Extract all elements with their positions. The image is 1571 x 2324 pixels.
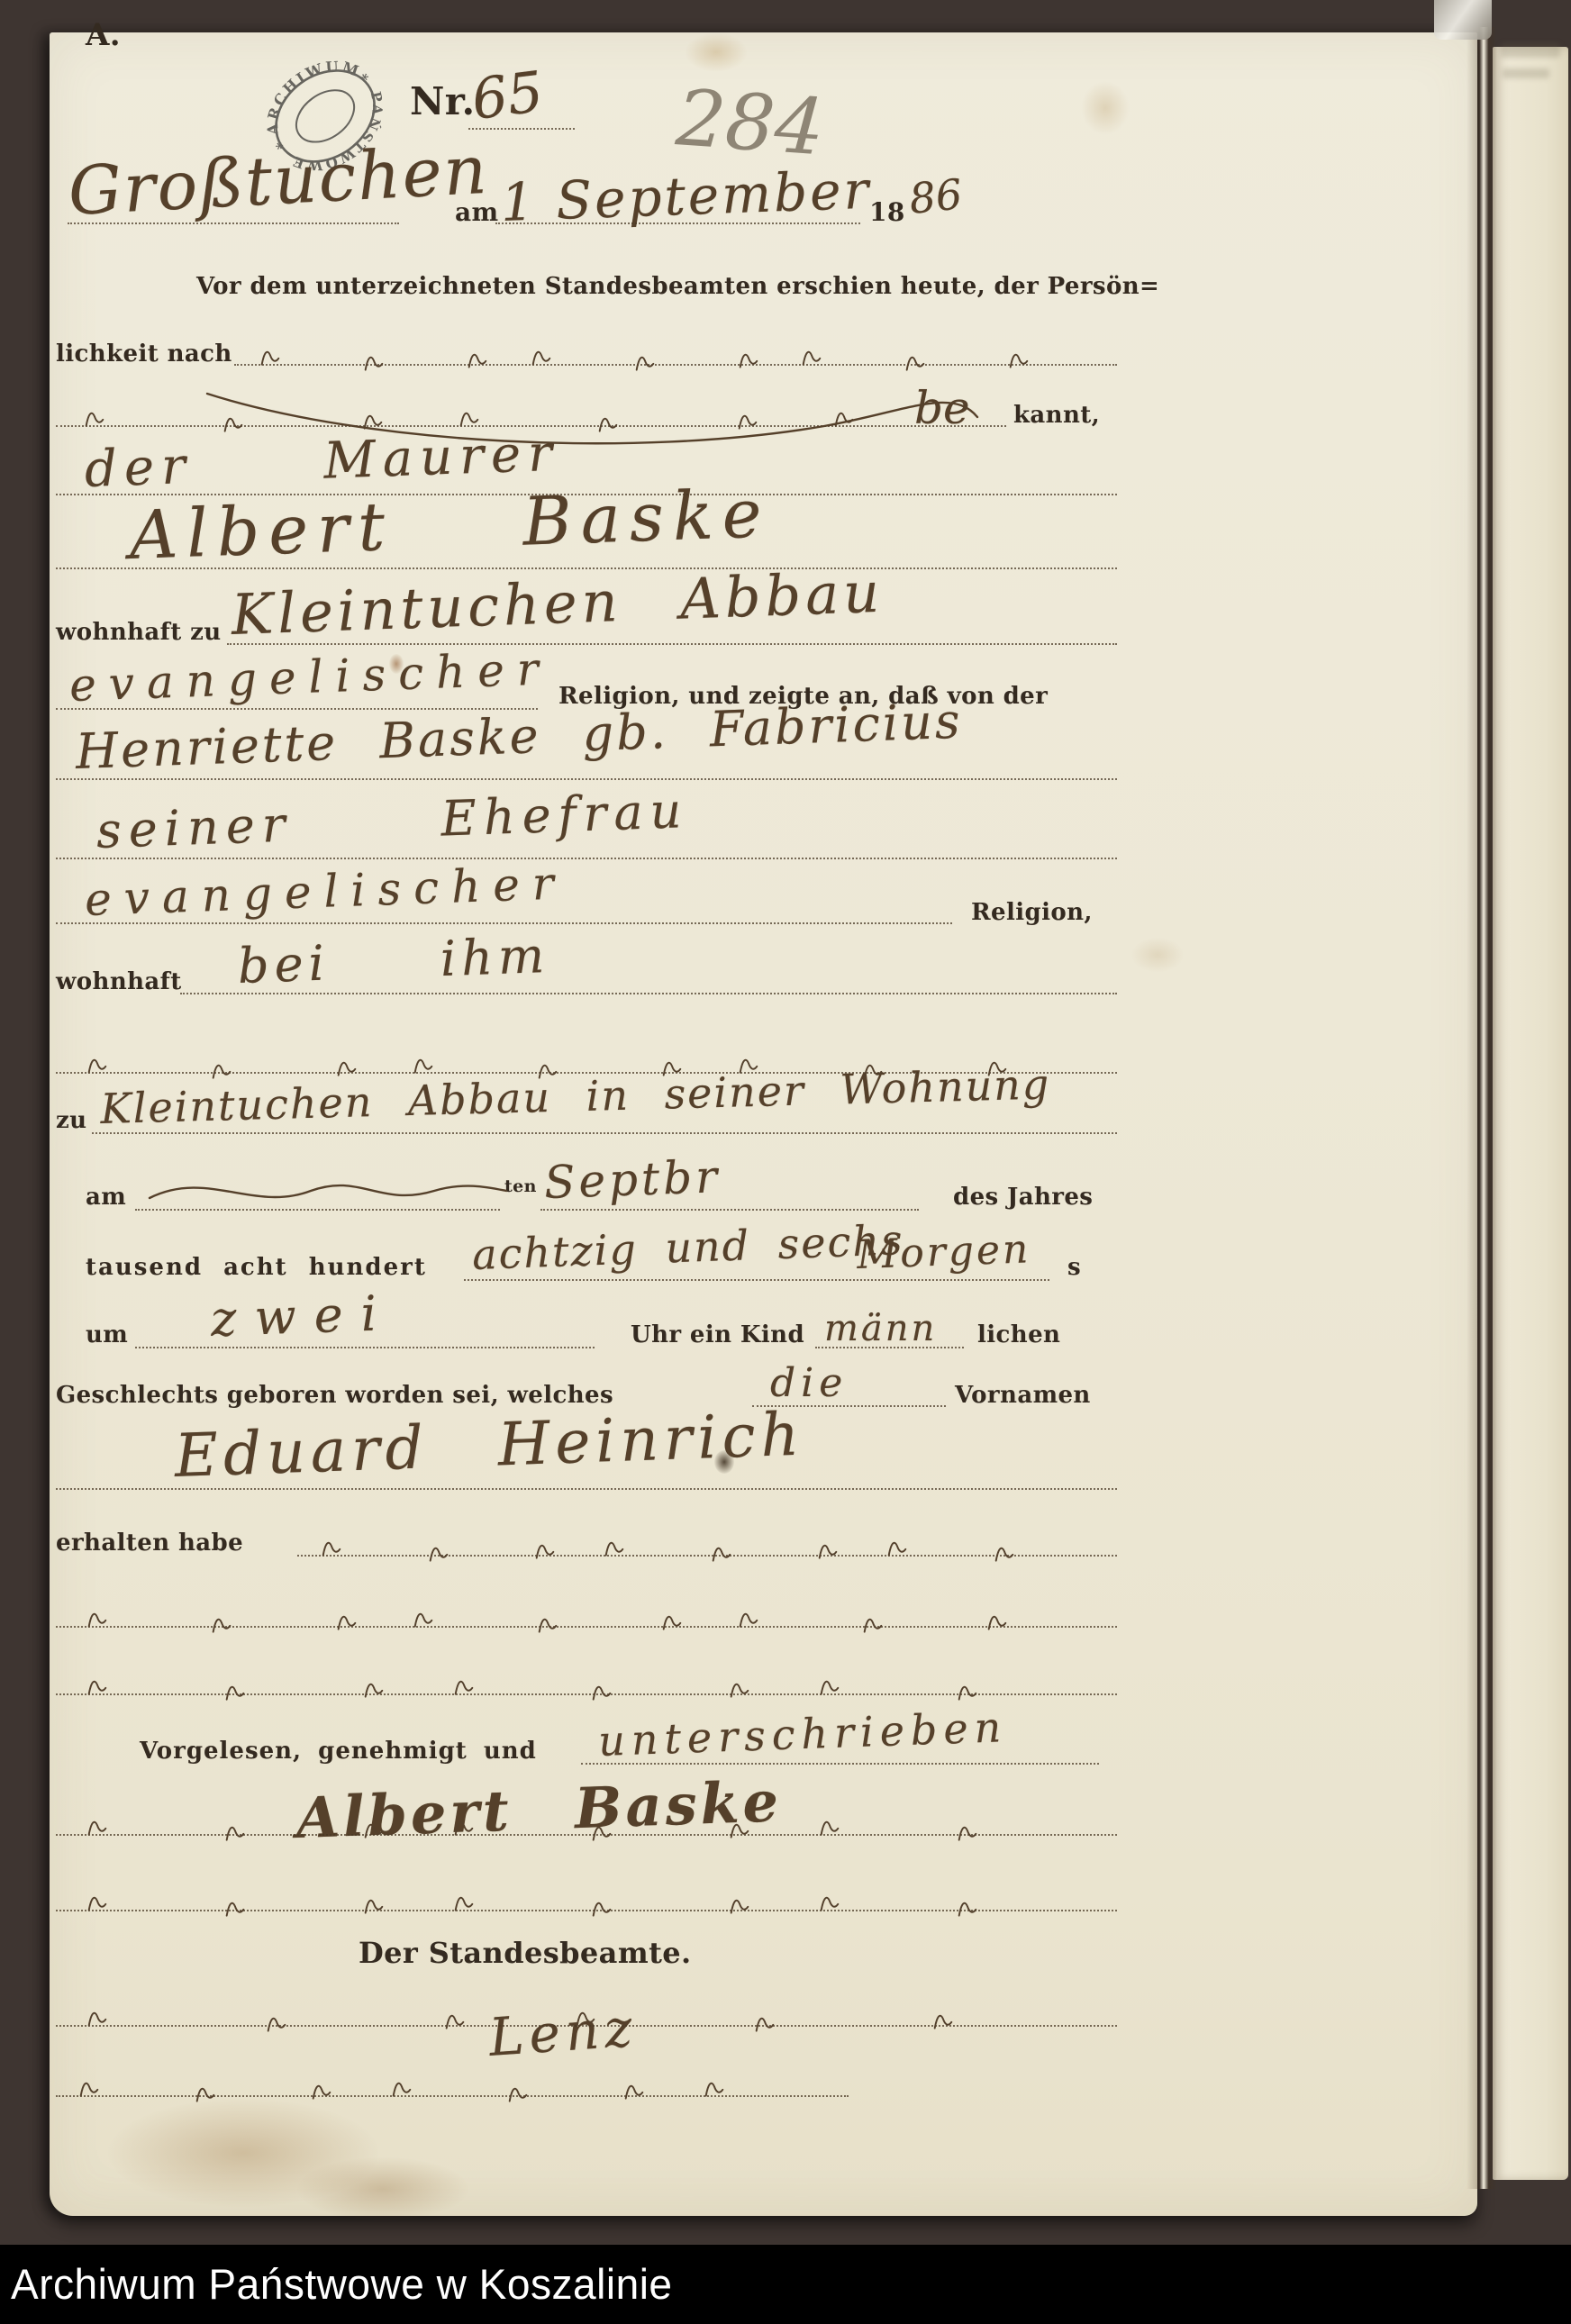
- nr-value-handwritten: 65: [468, 64, 546, 128]
- daytime-printed-suffix: s: [1067, 1256, 1081, 1279]
- form-letter-a: A.: [86, 20, 121, 50]
- birth-month-handwritten: Septbr: [543, 1154, 721, 1205]
- dotted-rule: [56, 1834, 1117, 1836]
- pen-tick-mark: [818, 1539, 838, 1563]
- religion2-printed: Religion,: [971, 901, 1093, 924]
- dotted-rule: [752, 1405, 946, 1407]
- intro-line-1: Vor dem unterzeichneten Standesbeamten e…: [196, 275, 1159, 298]
- pen-tick-mark: [1009, 349, 1029, 372]
- pen-tick-mark: [364, 1894, 384, 1918]
- dotted-rule: [56, 858, 1117, 859]
- residence2-label: wohnhaft: [56, 970, 182, 994]
- residence-label: wohnhaft zu: [56, 621, 222, 644]
- dotted-rule: [815, 1347, 964, 1348]
- pen-tick-mark: [576, 2007, 595, 2030]
- read-approved-label: Vorgelesen, genehmigt und: [140, 1739, 537, 1763]
- pen-tick-mark: [635, 351, 655, 375]
- pen-tick-mark: [364, 351, 384, 375]
- pen-tick-mark: [887, 1537, 907, 1560]
- dotted-rule: [468, 128, 575, 130]
- pen-tick-mark: [260, 346, 280, 369]
- pen-tick-mark: [987, 1057, 1007, 1080]
- pen-tick-mark: [87, 1892, 107, 1915]
- pen-tick-mark: [225, 1897, 245, 1920]
- pen-tick-mark: [863, 1059, 883, 1083]
- page-clamp-highlight: [1434, 0, 1492, 40]
- pen-tick-mark: [337, 1611, 357, 1634]
- pen-tick-mark: [863, 1613, 883, 1637]
- intro-line-2: lichkeit nach: [56, 342, 232, 366]
- pen-tick-mark: [958, 1821, 977, 1845]
- dotted-rule: [227, 643, 1117, 645]
- pen-tick-mark: [468, 349, 487, 372]
- dotted-rule: [540, 1209, 919, 1211]
- pen-tick-mark: [538, 1613, 558, 1637]
- pen-tick-mark: [85, 407, 104, 431]
- am2-label: am: [86, 1185, 126, 1209]
- pen-tick-mark: [739, 1608, 758, 1631]
- pen-tick-mark: [87, 1816, 107, 1839]
- dotted-rule: [56, 1910, 1117, 1911]
- dotted-rule: [56, 1072, 1117, 1074]
- pen-tick-mark: [392, 2077, 412, 2101]
- dotted-rule: [56, 922, 952, 924]
- stamp-star-icon: *: [358, 69, 374, 88]
- pen-tick-mark: [413, 1608, 433, 1631]
- pen-tick-mark: [592, 1821, 612, 1845]
- registrar-title: Der Standesbeamte.: [359, 1938, 692, 1967]
- dotted-rule: [56, 567, 1117, 569]
- pen-tick-mark: [592, 1681, 612, 1704]
- pen-tick-mark: [755, 2012, 775, 2036]
- pen-tick-mark: [739, 1054, 758, 1077]
- pen-tick-mark: [364, 1678, 384, 1702]
- bleedthrough-ghost: [1503, 68, 1549, 78]
- birth-hour-handwritten: zwei: [210, 1289, 395, 1344]
- pen-tick-mark: [445, 2010, 465, 2033]
- gender-printed-suffix: lichen: [977, 1323, 1060, 1347]
- pen-tick-mark: [212, 1059, 232, 1083]
- dotted-rule: [92, 1132, 1117, 1134]
- pen-tick-mark: [624, 2080, 644, 2103]
- pen-tick-mark: [212, 1613, 232, 1637]
- sex-sentence: Geschlechts geboren worden sei, welches: [56, 1384, 613, 1407]
- received-label: erhalten habe: [56, 1531, 243, 1555]
- pen-tick-mark: [662, 1057, 682, 1080]
- dotted-rule: [464, 1279, 1049, 1281]
- zu-label: zu: [56, 1109, 86, 1132]
- pen-tick-mark: [535, 1539, 555, 1563]
- uhr-label: Uhr ein Kind: [631, 1323, 804, 1347]
- pen-tick-mark: [820, 1675, 840, 1699]
- dotted-rule: [495, 222, 860, 224]
- dotted-rule: [56, 2095, 849, 2097]
- dotted-rule: [234, 364, 1117, 366]
- dotted-rule: [581, 1763, 1099, 1765]
- dotted-rule: [135, 1347, 595, 1348]
- dotted-rule: [56, 1488, 1117, 1490]
- pen-tick-mark: [322, 1537, 341, 1560]
- archive-name: Archiwum Państwowe w Koszalinie: [11, 2259, 673, 2309]
- dotted-rule: [56, 1626, 1117, 1628]
- pen-tick-mark: [730, 1819, 749, 1842]
- nr-label: Nr.: [410, 83, 476, 121]
- pen-tick-mark: [225, 1681, 245, 1704]
- pen-tick-mark: [538, 1059, 558, 1083]
- dotted-rule: [56, 1693, 1117, 1695]
- dotted-rule: [297, 1555, 1117, 1557]
- date-handwritten: 1 September: [500, 164, 872, 229]
- pen-tick-mark: [905, 351, 925, 375]
- gender-handwritten: männ: [824, 1311, 937, 1347]
- known-printed-suffix: kannt,: [1013, 404, 1100, 427]
- archive-footer-bar: Archiwum Państwowe w Koszalinie: [0, 2245, 1571, 2324]
- day-flourish: [144, 1164, 513, 1218]
- book-gutter: [1467, 27, 1497, 2189]
- year-handwritten: 86: [907, 173, 964, 220]
- pen-tick-mark: [454, 1675, 474, 1699]
- dotted-rule: [56, 494, 1117, 495]
- pen-tick-mark: [225, 1821, 245, 1845]
- pen-tick-mark: [364, 1819, 384, 1842]
- pen-tick-mark: [987, 1611, 1007, 1634]
- pen-tick-mark: [704, 2077, 724, 2101]
- pen-tick-mark: [87, 1054, 107, 1077]
- daytime-handwritten: Morgen: [856, 1230, 1031, 1275]
- svg-text:ARCHIWUM: ARCHIWUM: [255, 47, 368, 144]
- stamp-text-top: ARCHIWUM: [255, 47, 368, 144]
- pen-tick-mark: [454, 1892, 474, 1915]
- pen-tick-mark: [413, 1054, 433, 1077]
- pen-tick-mark: [730, 1678, 749, 1702]
- pen-tick-mark: [712, 1542, 731, 1566]
- firstname-label: Vornamen: [955, 1384, 1091, 1407]
- year-printed-prefix: 18: [869, 200, 905, 225]
- pen-tick-mark: [312, 2080, 331, 2103]
- pen-tick-mark: [531, 346, 551, 369]
- pen-tick-mark: [958, 1681, 977, 1704]
- residence2-handwritten: bei ihm: [237, 931, 550, 991]
- pen-tick-mark: [454, 1816, 474, 1839]
- pen-tick-mark: [592, 1897, 612, 1920]
- next-page-edge: [1493, 47, 1568, 2180]
- pen-tick-mark: [820, 1816, 840, 1839]
- article-handwritten: die: [770, 1364, 848, 1403]
- dotted-rule: [180, 993, 1117, 994]
- pen-tick-mark: [337, 1057, 357, 1080]
- bleedthrough-ghost: [1501, 43, 1560, 58]
- dotted-rule: [56, 2025, 1117, 2027]
- am-label: am: [455, 200, 499, 225]
- pen-tick-mark: [87, 1608, 107, 1631]
- place-handwritten: Großtuchen: [67, 137, 490, 225]
- dotted-rule: [56, 708, 538, 710]
- pen-tick-mark: [429, 1542, 449, 1566]
- pen-tick-mark: [508, 2083, 528, 2106]
- pen-tick-mark: [662, 1611, 682, 1634]
- pen-tick-mark: [820, 1892, 840, 1915]
- um-label: um: [86, 1323, 128, 1347]
- thousand-label: tausend acht hundert: [86, 1256, 427, 1279]
- pen-tick-mark: [739, 349, 758, 372]
- pen-tick-mark: [87, 2007, 107, 2030]
- pen-tick-mark: [79, 2077, 99, 2101]
- pen-tick-mark: [267, 2012, 286, 2036]
- registrar-signature: Lenz: [487, 2002, 639, 2064]
- pen-tick-mark: [195, 2083, 215, 2106]
- pen-tick-mark: [730, 1894, 749, 1918]
- pen-tick-mark: [958, 1897, 977, 1920]
- pen-tick-mark: [87, 1675, 107, 1699]
- dotted-rule: [56, 778, 1117, 780]
- pen-tick-mark: [802, 346, 822, 369]
- year-of-label: des Jahres: [953, 1185, 1093, 1209]
- pen-tick-mark: [604, 1537, 624, 1560]
- pen-tick-mark: [994, 1542, 1014, 1566]
- pencil-number: 284: [674, 79, 827, 167]
- pen-flourish: [203, 374, 995, 459]
- pen-tick-mark: [933, 2010, 953, 2033]
- dotted-rule: [68, 222, 399, 224]
